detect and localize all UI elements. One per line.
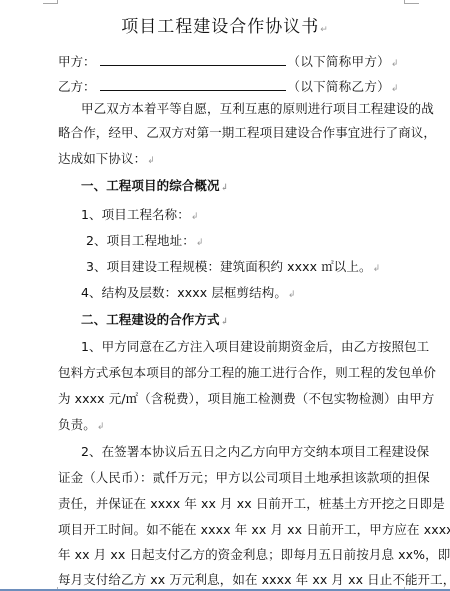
- intro-line-3: 达成如下协议：↲: [58, 149, 155, 167]
- section-1-item-4: 4、结构及层数：xxxx 层框剪结构。↲: [81, 283, 296, 301]
- section-2-para-2-line-3: 责任，并保证在 xxxx 年 xx 月 xx 日前开工，桩基土方开挖之日即是: [58, 494, 445, 512]
- party-b-label: 乙方：: [58, 79, 96, 94]
- section-2-para-2-line-5: 年 xx 月 xx 日起支付乙方的资金利息；即每月五日前按月息 xx%，即: [58, 545, 450, 563]
- party-a-line: 甲方：（以下简称甲方）↲: [58, 52, 398, 70]
- party-b-note: （以下简称乙方）: [288, 79, 390, 94]
- paragraph-mark-icon: ↲: [288, 290, 296, 300]
- section-2-para-1-line-2: 包料方式承包本项目的部分工程的施工进行合作，则工程的发包单价: [58, 363, 436, 381]
- paragraph-mark-icon: ↲: [391, 84, 399, 94]
- section-2-para-2-line-2: 证金（人民币）：贰仟万元；甲方以公司项目土地承担该款项的担保: [58, 468, 430, 486]
- paragraph-mark-icon: ↲: [391, 59, 399, 69]
- section-2-para-1-line-4: 负责。↲: [58, 415, 104, 433]
- party-a-blank-field[interactable]: [100, 53, 286, 66]
- paragraph-mark-icon: ↲: [196, 238, 204, 248]
- section-2-para-1-line-1: 1、甲方同意在乙方注入项目建设前期资金后，由乙方按照包工: [81, 337, 429, 355]
- paragraph-mark-icon: ↲: [147, 156, 155, 166]
- section-1-heading-text: 一、工程项目的综合概况: [81, 178, 220, 193]
- section-2-para-1-line-3: 为 xxxx 元/㎡（含税费），项目施工检测费（不包实物检测）由甲方: [58, 389, 434, 407]
- paragraph-mark-icon: ↲: [373, 264, 381, 274]
- section-1-heading: 一、工程项目的综合概况↲: [81, 176, 228, 194]
- section-2-para-2-line-1: 2、在签署本协议后五日之内乙方向甲方交纳本项目工程建设保: [81, 442, 429, 460]
- section-2-heading-text: 二、工程建设的合作方式: [81, 312, 220, 327]
- paragraph-mark-icon: ↵: [320, 25, 329, 35]
- party-b-blank-field[interactable]: [100, 78, 286, 91]
- party-a-label: 甲方：: [58, 54, 96, 69]
- party-b-line: 乙方：（以下简称乙方）↲: [58, 77, 398, 95]
- section-2-para-2-line-4: 项目开工时间。如不能在 xxxx 年 xx 月 xx 日前开工，甲方应在 xxx…: [58, 520, 450, 538]
- title-text: 项目工程建设合作协议书: [121, 17, 319, 37]
- paragraph-mark-icon: ↲: [221, 183, 229, 193]
- section-1-item-2: 2、项目工程地址：↲: [86, 231, 204, 249]
- party-a-note: （以下简称甲方）: [288, 54, 390, 69]
- line-text: 负责。: [58, 417, 96, 432]
- page-corner-mark-top-right: [404, 0, 419, 4]
- item-text: 2、项目工程地址：: [86, 233, 195, 248]
- section-2-para-2-line-6: 每月支付给乙方 xx 万元利息，如在 xxxx 年 xx 月 xx 日止不能开工…: [58, 570, 450, 588]
- item-text: 3、项目建设工程规模：建筑面积约 xxxx ㎡以上。: [86, 259, 372, 274]
- paragraph-mark-icon: ↲: [221, 317, 229, 327]
- document-title: 项目工程建设合作协议书↵: [0, 12, 450, 37]
- paragraph-mark-icon: ↲: [191, 212, 199, 222]
- item-text: 4、结构及层数：xxxx 层框剪结构。: [81, 285, 287, 300]
- section-1-item-3: 3、项目建设工程规模：建筑面积约 xxxx ㎡以上。↲: [86, 257, 380, 275]
- item-text: 1、项目工程名称：: [81, 207, 190, 222]
- intro-line-3-text: 达成如下协议：: [58, 151, 146, 166]
- section-1-item-1: 1、项目工程名称：↲: [81, 205, 199, 223]
- paragraph-mark-icon: ↲: [97, 422, 105, 432]
- intro-line-2: 略合作，经甲、乙双方对第一期工程项目建设合作事宜进行了商议，: [58, 123, 436, 141]
- section-2-heading: 二、工程建设的合作方式↲: [81, 310, 228, 328]
- intro-line-1: 甲乙双方本着平等自愿，互利互惠的原则进行项目工程建设的战: [81, 99, 434, 117]
- page-corner-mark-top-left: [43, 0, 58, 4]
